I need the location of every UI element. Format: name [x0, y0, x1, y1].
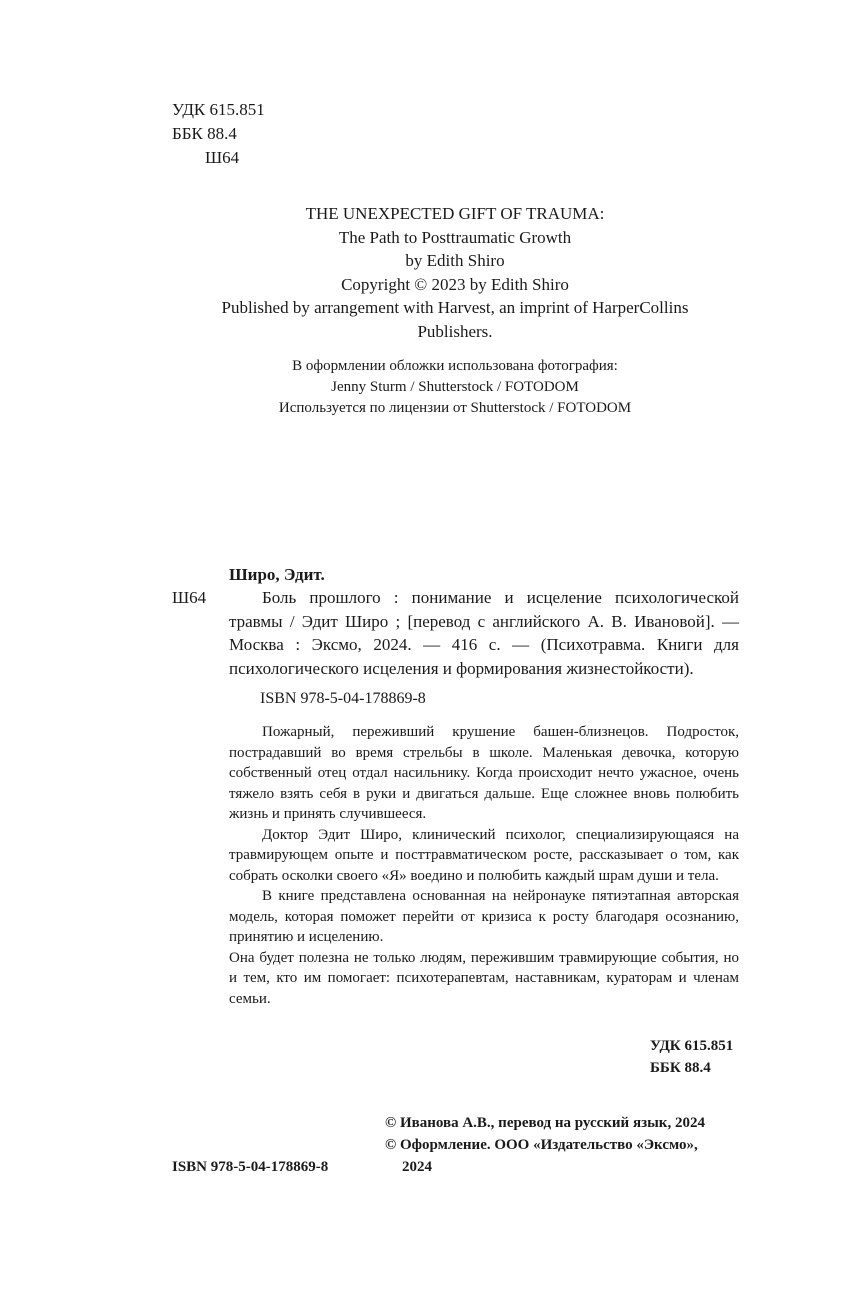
cover-credit-line: Используется по лицензии от Shutterstock…: [150, 398, 760, 419]
design-copyright-year: 2024: [385, 1156, 705, 1178]
record-cipher: Ш64: [172, 586, 206, 609]
copyright-notices: © Иванова А.В., перевод на русский язык,…: [385, 1112, 705, 1178]
publishing-arrangement-cont: Publishers.: [150, 320, 760, 344]
isbn-bottom: ISBN 978-5-04-178869-8: [172, 1157, 328, 1177]
udk-code: УДК 615.851: [172, 98, 265, 122]
original-edition-info: THE UNEXPECTED GIFT OF TRAUMA: The Path …: [150, 202, 760, 343]
original-subtitle: The Path to Posttraumatic Growth: [150, 226, 760, 250]
annotation-paragraph: В книге представлена основанная на нейро…: [229, 886, 739, 948]
original-copyright: Copyright © 2023 by Edith Shiro: [150, 273, 760, 297]
udk-code-bold: УДК 615.851: [650, 1035, 733, 1057]
cover-credit-line: В оформлении обложки использована фотогр…: [150, 356, 760, 377]
original-title: THE UNEXPECTED GIFT OF TRAUMA:: [150, 202, 760, 226]
author-cipher: Ш64: [172, 146, 265, 170]
translation-copyright: © Иванова А.В., перевод на русский язык,…: [385, 1112, 705, 1134]
original-author: by Edith Shiro: [150, 249, 760, 273]
publishing-arrangement: Published by arrangement with Harvest, a…: [150, 296, 760, 320]
top-classification: УДК 615.851 ББК 88.4 Ш64: [172, 98, 265, 170]
bbk-code-bold: ББК 88.4: [650, 1057, 733, 1079]
record-isbn: ISBN 978-5-04-178869-8: [260, 688, 426, 710]
bottom-classification: УДК 615.851 ББК 88.4: [650, 1035, 733, 1079]
cover-credit-line: Jenny Sturm / Shutterstock / FOTODOM: [150, 377, 760, 398]
record-description: Боль прошлого : понимание и исцеление пс…: [229, 586, 739, 680]
record-author: Широ, Эдит.: [229, 563, 325, 586]
cover-photo-credit: В оформлении обложки использована фотогр…: [150, 356, 760, 419]
design-copyright: © Оформление. ООО «Издательство «Эксмо»,: [385, 1134, 705, 1156]
annotation-paragraph: Доктор Эдит Широ, клинический психолог, …: [229, 825, 739, 887]
annotation-paragraph: Пожарный, переживший крушение башен-близ…: [229, 722, 739, 825]
annotation-paragraph: Она будет полезна не только людям, переж…: [229, 948, 739, 1010]
annotation: Пожарный, переживший крушение башен-близ…: [229, 722, 739, 1009]
bbk-code: ББК 88.4: [172, 122, 265, 146]
